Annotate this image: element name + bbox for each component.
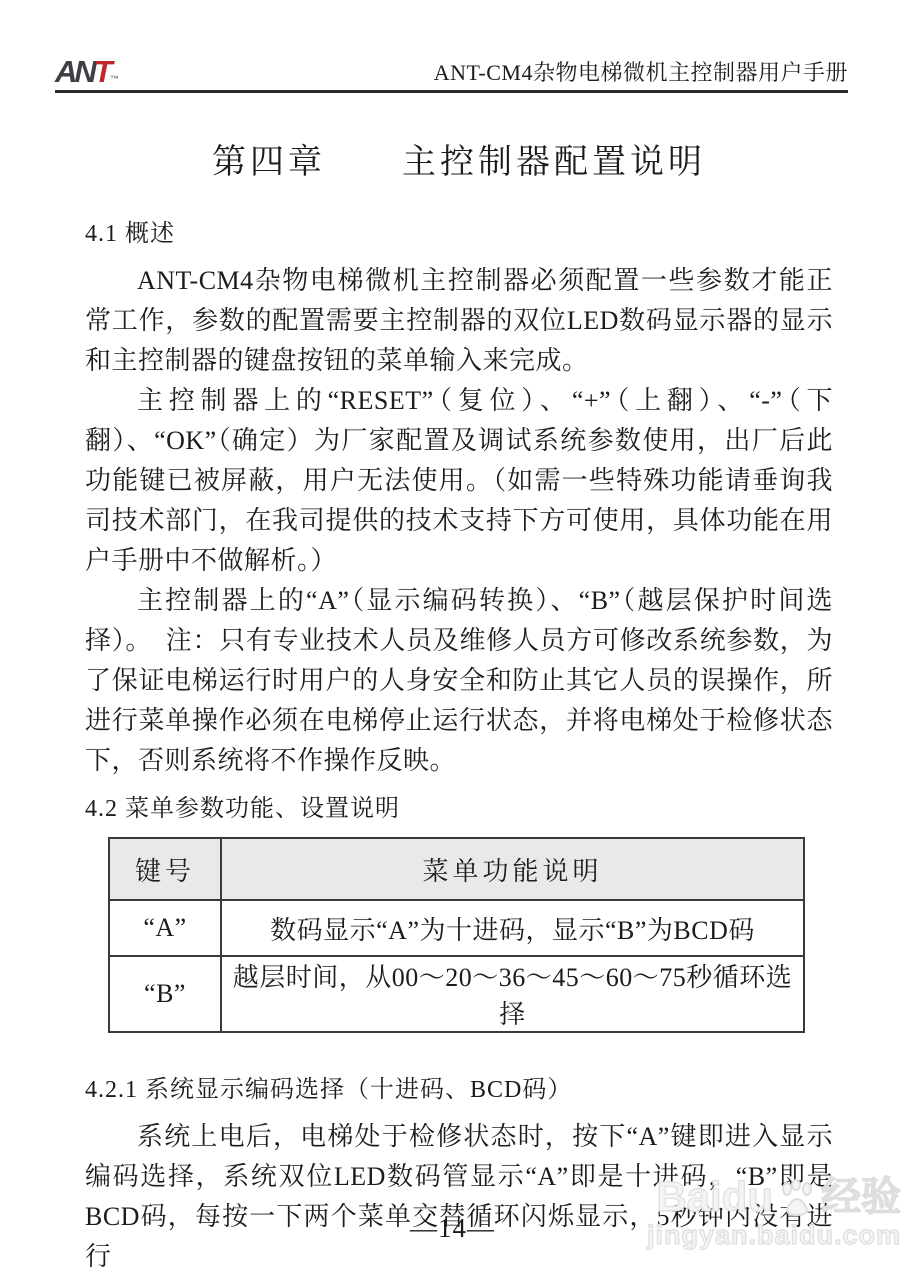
table-row-a: “A” 数码显示“A”为十进码，显示“B”为BCD码 — [109, 900, 804, 956]
section-heading-4-1: 4.1 概述 — [85, 213, 833, 248]
section-heading-4-2: 4.2 菜单参数功能、设置说明 — [85, 788, 833, 823]
page-content: 第四章 主控制器配置说明 4.1 概述 ANT-CM4杂物电梯微机主控制器必须配… — [85, 96, 833, 1277]
watermark-suffix-text: 经验 — [821, 1174, 901, 1220]
trademark-symbol: ™ — [110, 74, 119, 84]
menu-function-table: 键号 菜单功能说明 “A” 数码显示“A”为十进码，显示“B”为BCD码 “B”… — [108, 837, 805, 1033]
table-row-b: “B” 越层时间，从00～20～36～45～60～75秒循环选择 — [109, 956, 804, 1032]
ant-logo-red: T — [94, 54, 110, 89]
baidu-paw-icon — [777, 1177, 817, 1217]
table-cell-desc-a: 数码显示“A”为十进码，显示“B”为BCD码 — [221, 900, 804, 956]
table-header-desc: 菜单功能说明 — [221, 838, 804, 900]
ant-logo: ANT™ — [55, 56, 119, 87]
ant-logo-dark: AN — [55, 54, 94, 89]
watermark-brand-text: Baidu — [656, 1174, 773, 1220]
manual-title: ANT-CM4杂物电梯微机主控制器用户手册 — [434, 56, 848, 87]
section-heading-4-2-1: 4.2.1 系统显示编码选择（十进码、BCD码） — [85, 1069, 833, 1104]
table-cell-key-a: “A” — [109, 900, 221, 956]
paragraph-overview-2: 主控制器上的“RESET”（复位）、“+”（上翻）、“-”（下翻）、“OK”（确… — [85, 381, 833, 581]
watermark-logo-line: Baidu 经验 — [647, 1174, 901, 1220]
paragraph-overview-1: ANT-CM4杂物电梯微机主控制器必须配置一些参数才能正常工作，参数的配置需要主… — [85, 261, 833, 381]
paragraph-overview-3: 主控制器上的“A”（显示编码转换）、“B”（越层保护时间选择）。 注：只有专业技… — [85, 581, 833, 781]
table-cell-desc-b: 越层时间，从00～20～36～45～60～75秒循环选择 — [221, 956, 804, 1032]
table-header-key: 键号 — [109, 838, 221, 900]
baidu-jingyan-watermark: Baidu 经验 jingyan.baidu.com — [647, 1174, 901, 1250]
table-header-row: 键号 菜单功能说明 — [109, 838, 804, 900]
watermark-url: jingyan.baidu.com — [647, 1220, 901, 1250]
manual-page: ANT™ ANT-CM4杂物电梯微机主控制器用户手册 第四章 主控制器配置说明 … — [0, 0, 905, 1280]
chapter-title: 第四章 主控制器配置说明 — [85, 134, 833, 183]
table-cell-key-b: “B” — [109, 956, 221, 1032]
page-header: ANT™ ANT-CM4杂物电梯微机主控制器用户手册 — [55, 0, 848, 93]
